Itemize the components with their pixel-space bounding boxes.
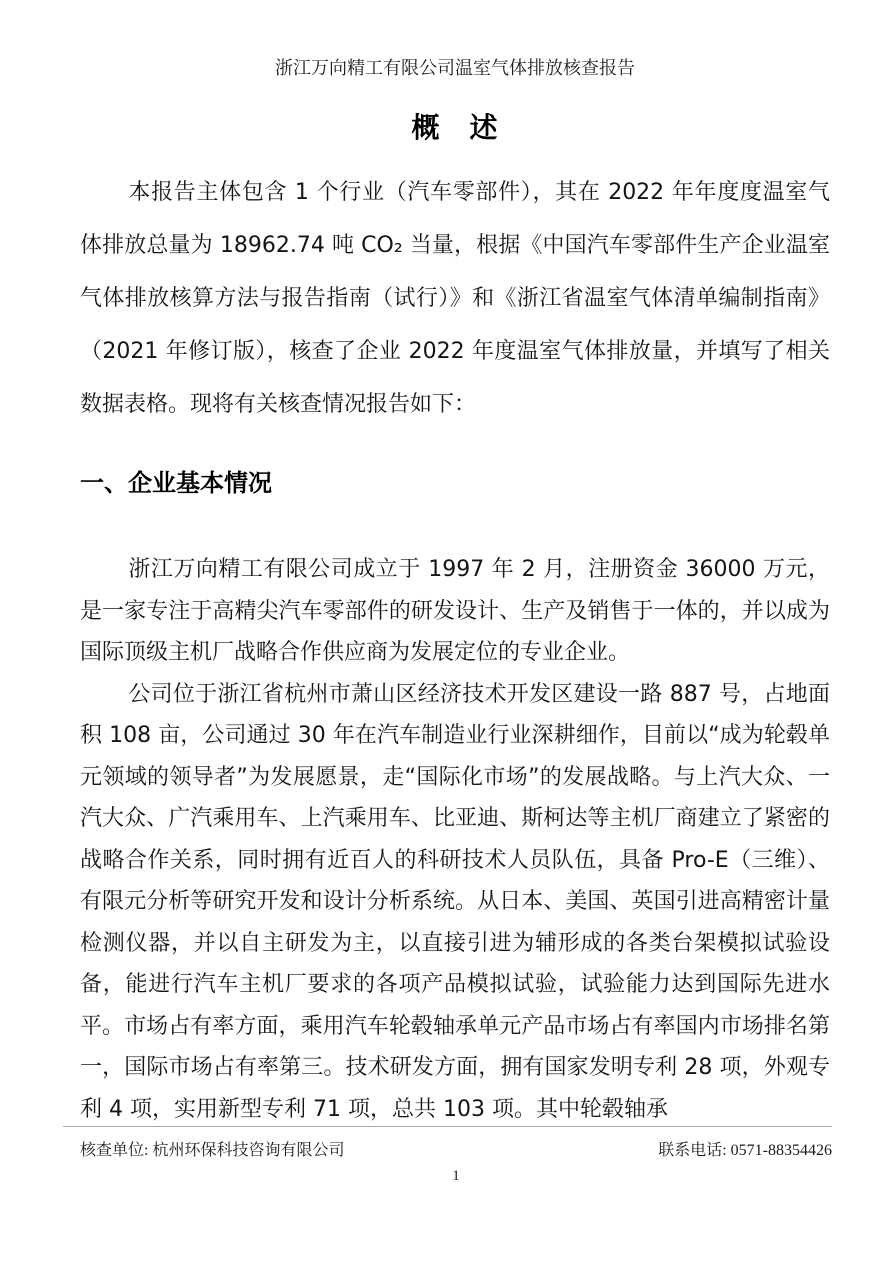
overview-heading: 概 述 [80,110,830,146]
footer-verifier-label: 核查单位: 杭州环保科技咨询有限公司 [80,1141,344,1161]
footer-phone-label: 联系电话: 0571-88354426 [658,1141,832,1161]
section1-paragraph-2: 公司位于浙江省杭州市萧山区经济技术开发区建设一路 887 号，占地面积 108 … [80,674,830,1131]
footer-divider [63,1126,832,1127]
document-page: 浙江万向精工有限公司温室气体排放核查报告 概 述 本报告主体包含 1 个行业（汽… [0,0,892,1262]
footer-row: 核查单位: 杭州环保科技咨询有限公司 联系电话: 0571-88354426 [80,1141,832,1161]
page-number: 1 [80,1167,832,1185]
page-footer: 核查单位: 杭州环保科技咨询有限公司 联系电话: 0571-88354426 1 [80,1126,832,1185]
document-header-title: 浙江万向精工有限公司温室气体排放核查报告 [80,56,830,80]
overview-paragraph: 本报告主体包含 1 个行业（汽车零部件），其在 2022 年年度度温室气体排放总… [80,166,830,431]
section1-paragraph-1: 浙江万向精工有限公司成立于 1997 年 2 月，注册资金 36000 万元，是… [80,549,830,674]
section1-heading: 一、企业基本情况 [80,467,830,499]
